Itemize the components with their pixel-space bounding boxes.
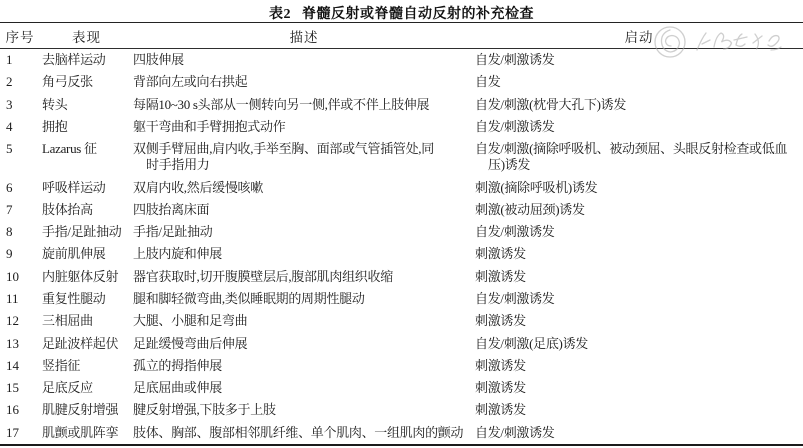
row-number-text: 15 bbox=[6, 380, 40, 396]
manifestation-cell-text: 旋前肌伸展 bbox=[42, 246, 133, 262]
description-cell: 四肢抬离床面 bbox=[133, 199, 475, 221]
description-cell: 腱反射增强,下肢多于上肢 bbox=[133, 399, 475, 421]
table-row: 7肢体抬高四肢抬离床面刺激(被动屈颈)诱发 bbox=[0, 199, 803, 221]
manifestation-cell: 足趾波样起伏 bbox=[40, 332, 133, 354]
trigger-cell: 刺激诱发 bbox=[475, 355, 803, 377]
manifestation-cell-text: 重复性腿动 bbox=[42, 291, 133, 307]
row-number: 3 bbox=[0, 94, 40, 116]
manifestation-cell: Lazarus 征 bbox=[40, 138, 133, 176]
trigger-cell: 自发/刺激诱发 bbox=[475, 49, 803, 72]
description-cell-text: 腿和脚轻微弯曲,类似睡眠期的周期性腿动 bbox=[133, 291, 475, 307]
trigger-cell-text: 刺激诱发 bbox=[475, 269, 803, 285]
row-number: 10 bbox=[0, 266, 40, 288]
description-cell: 足底屈曲或伸展 bbox=[133, 377, 475, 399]
description-cell: 腿和脚轻微弯曲,类似睡眠期的周期性腿动 bbox=[133, 288, 475, 310]
manifestation-cell: 重复性腿动 bbox=[40, 288, 133, 310]
row-number: 8 bbox=[0, 221, 40, 243]
row-number-text: 2 bbox=[6, 74, 40, 90]
table-caption: 表2脊髓反射或脊髓自动反射的补充检查 bbox=[0, 0, 803, 23]
trigger-cell: 自发/刺激(摘除呼吸机、被动颈屈、头眼反射检查或低血 压)诱发 bbox=[475, 138, 803, 176]
row-number-text: 8 bbox=[6, 224, 40, 240]
manifestation-cell-text: 手指/足趾抽动 bbox=[42, 224, 133, 240]
row-number-text: 11 bbox=[6, 291, 40, 307]
manifestation-cell: 呼吸样运动 bbox=[40, 176, 133, 198]
manifestation-cell: 肌颤或肌阵挛 bbox=[40, 422, 133, 445]
manifestation-cell: 肢体抬高 bbox=[40, 199, 133, 221]
description-cell-text: 腱反射增强,下肢多于上肢 bbox=[133, 402, 475, 418]
description-cell: 上肢内旋和伸展 bbox=[133, 243, 475, 265]
description-cell-text: 双侧手臂屈曲,肩内收,手举至胸、面部或气管插管处,同 时手指用力 bbox=[133, 141, 475, 173]
table-row: 13足趾波样起伏足趾缓慢弯曲后伸展自发/刺激(足底)诱发 bbox=[0, 332, 803, 354]
manifestation-cell: 去脑样运动 bbox=[40, 49, 133, 72]
row-number: 16 bbox=[0, 399, 40, 421]
trigger-cell-text: 刺激诱发 bbox=[475, 246, 803, 262]
col-header-trigger: 启动 bbox=[475, 23, 803, 49]
row-number-text: 6 bbox=[6, 180, 40, 196]
table-row: 1去脑样运动四肢伸展自发/刺激诱发 bbox=[0, 49, 803, 72]
description-cell: 背部向左或向右拱起 bbox=[133, 71, 475, 93]
manifestation-cell-text: 角弓反张 bbox=[42, 74, 133, 90]
trigger-cell: 刺激(被动屈颈)诱发 bbox=[475, 199, 803, 221]
row-number: 1 bbox=[0, 49, 40, 72]
table-row: 6呼吸样运动双肩内收,然后缓慢咳嗽刺激(摘除呼吸机)诱发 bbox=[0, 176, 803, 198]
trigger-cell-text: 自发/刺激诱发 bbox=[475, 291, 803, 307]
trigger-cell-text: 自发/刺激诱发 bbox=[475, 52, 803, 68]
description-cell-text: 上肢内旋和伸展 bbox=[133, 246, 475, 262]
description-cell-text: 躯干弯曲和手臂拥抱式动作 bbox=[133, 119, 475, 135]
table-caption-text: 脊髓反射或脊髓自动反射的补充检查 bbox=[302, 7, 534, 22]
description-cell: 肢体、胸部、腹部相邻肌纤维、单个肌肉、一组肌肉的颤动 bbox=[133, 422, 475, 445]
manifestation-cell-text: 去脑样运动 bbox=[42, 52, 133, 68]
row-number: 13 bbox=[0, 332, 40, 354]
trigger-cell-text: 自发/刺激诱发 bbox=[475, 425, 803, 441]
manifestation-cell-text: 足趾波样起伏 bbox=[42, 336, 133, 352]
row-number: 17 bbox=[0, 422, 40, 445]
trigger-cell: 刺激诱发 bbox=[475, 377, 803, 399]
trigger-cell-text: 刺激诱发 bbox=[475, 402, 803, 418]
row-number-text: 3 bbox=[6, 97, 40, 113]
table-row: 5Lazarus 征双侧手臂屈曲,肩内收,手举至胸、面部或气管插管处,同 时手指… bbox=[0, 138, 803, 176]
manifestation-cell: 足底反应 bbox=[40, 377, 133, 399]
manifestation-cell-text: 肌腱反射增强 bbox=[42, 402, 133, 418]
trigger-cell: 自发/刺激(枕骨大孔下)诱发 bbox=[475, 94, 803, 116]
trigger-cell-text: 刺激诱发 bbox=[475, 358, 803, 374]
row-number-text: 5 bbox=[6, 141, 40, 157]
table-row: 16肌腱反射增强腱反射增强,下肢多于上肢刺激诱发 bbox=[0, 399, 803, 421]
header-row: 序号 表现 描述 启动 bbox=[0, 23, 803, 49]
manifestation-cell: 旋前肌伸展 bbox=[40, 243, 133, 265]
trigger-cell-text: 刺激诱发 bbox=[475, 380, 803, 396]
description-cell-text: 四肢抬离床面 bbox=[133, 202, 475, 218]
reflex-table: 序号 表现 描述 启动 1去脑样运动四肢伸展自发/刺激诱发2角弓反张背部向左或向… bbox=[0, 22, 803, 446]
scanned-paper-table-page: 表2脊髓反射或脊髓自动反射的补充检查 序号 表现 描述 启动 1去脑样运动四肢伸… bbox=[0, 0, 803, 448]
table-row: 17肌颤或肌阵挛肢体、胸部、腹部相邻肌纤维、单个肌肉、一组肌肉的颤动自发/刺激诱… bbox=[0, 422, 803, 445]
table-body: 1去脑样运动四肢伸展自发/刺激诱发2角弓反张背部向左或向右拱起自发3转头每隔10… bbox=[0, 49, 803, 445]
description-cell-text: 足底屈曲或伸展 bbox=[133, 380, 475, 396]
trigger-cell-text: 自发/刺激(枕骨大孔下)诱发 bbox=[475, 97, 803, 113]
row-number: 12 bbox=[0, 310, 40, 332]
description-cell-text: 肢体、胸部、腹部相邻肌纤维、单个肌肉、一组肌肉的颤动 bbox=[133, 425, 475, 441]
row-number: 6 bbox=[0, 176, 40, 198]
manifestation-cell: 竖指征 bbox=[40, 355, 133, 377]
description-cell-text: 足趾缓慢弯曲后伸展 bbox=[133, 336, 475, 352]
trigger-cell: 自发/刺激诱发 bbox=[475, 422, 803, 445]
col-header-description: 描述 bbox=[133, 23, 475, 49]
description-cell: 器官获取时,切开腹膜壁层后,腹部肌肉组织收缩 bbox=[133, 266, 475, 288]
description-cell-text: 双肩内收,然后缓慢咳嗽 bbox=[133, 180, 475, 196]
description-cell-text: 大腿、小腿和足弯曲 bbox=[133, 313, 475, 329]
row-number-text: 12 bbox=[6, 313, 40, 329]
table-header: 序号 表现 描述 启动 bbox=[0, 23, 803, 49]
manifestation-cell-text: 拥抱 bbox=[42, 119, 133, 135]
manifestation-cell-text: 竖指征 bbox=[42, 358, 133, 374]
row-number-text: 13 bbox=[6, 336, 40, 352]
trigger-cell: 自发 bbox=[475, 71, 803, 93]
trigger-cell-text: 自发/刺激诱发 bbox=[475, 224, 803, 240]
table-row: 3转头每隔10~30 s头部从一侧转向另一侧,伴或不伴上肢伸展自发/刺激(枕骨大… bbox=[0, 94, 803, 116]
trigger-cell-text: 自发/刺激(足底)诱发 bbox=[475, 336, 803, 352]
description-cell: 双侧手臂屈曲,肩内收,手举至胸、面部或气管插管处,同 时手指用力 bbox=[133, 138, 475, 176]
row-number-text: 9 bbox=[6, 246, 40, 262]
manifestation-cell-text: 内脏躯体反射 bbox=[42, 269, 133, 285]
row-number-text: 10 bbox=[6, 269, 40, 285]
trigger-cell: 自发/刺激(足底)诱发 bbox=[475, 332, 803, 354]
table-row: 15足底反应足底屈曲或伸展刺激诱发 bbox=[0, 377, 803, 399]
manifestation-cell-text: 足底反应 bbox=[42, 380, 133, 396]
manifestation-cell-text: 三相屈曲 bbox=[42, 313, 133, 329]
trigger-cell-text: 刺激诱发 bbox=[475, 313, 803, 329]
trigger-cell: 自发/刺激诱发 bbox=[475, 116, 803, 138]
row-number: 15 bbox=[0, 377, 40, 399]
manifestation-cell-text: 转头 bbox=[42, 97, 133, 113]
table-row: 9旋前肌伸展上肢内旋和伸展刺激诱发 bbox=[0, 243, 803, 265]
trigger-cell-text: 自发/刺激诱发 bbox=[475, 119, 803, 135]
table-row: 14竖指征孤立的拇指伸展刺激诱发 bbox=[0, 355, 803, 377]
table-row: 4拥抱躯干弯曲和手臂拥抱式动作自发/刺激诱发 bbox=[0, 116, 803, 138]
trigger-cell-text: 自发 bbox=[475, 74, 803, 90]
trigger-cell: 刺激(摘除呼吸机)诱发 bbox=[475, 176, 803, 198]
row-number-text: 16 bbox=[6, 402, 40, 418]
col-header-number: 序号 bbox=[0, 23, 40, 49]
description-cell-text: 手指/足趾抽动 bbox=[133, 224, 475, 240]
trigger-cell-text: 刺激(摘除呼吸机)诱发 bbox=[475, 180, 803, 196]
row-number-text: 4 bbox=[6, 119, 40, 135]
trigger-cell: 刺激诱发 bbox=[475, 266, 803, 288]
trigger-cell: 刺激诱发 bbox=[475, 243, 803, 265]
description-cell: 孤立的拇指伸展 bbox=[133, 355, 475, 377]
trigger-cell: 自发/刺激诱发 bbox=[475, 288, 803, 310]
row-number: 9 bbox=[0, 243, 40, 265]
row-number: 11 bbox=[0, 288, 40, 310]
manifestation-cell: 三相屈曲 bbox=[40, 310, 133, 332]
description-cell: 躯干弯曲和手臂拥抱式动作 bbox=[133, 116, 475, 138]
description-cell: 每隔10~30 s头部从一侧转向另一侧,伴或不伴上肢伸展 bbox=[133, 94, 475, 116]
table-number: 表2 bbox=[269, 7, 291, 22]
manifestation-cell-text: 呼吸样运动 bbox=[42, 180, 133, 196]
manifestation-cell: 转头 bbox=[40, 94, 133, 116]
description-cell: 四肢伸展 bbox=[133, 49, 475, 72]
manifestation-cell-text: 肢体抬高 bbox=[42, 202, 133, 218]
trigger-cell-text: 自发/刺激(摘除呼吸机、被动颈屈、头眼反射检查或低血 压)诱发 bbox=[475, 141, 803, 173]
row-number: 7 bbox=[0, 199, 40, 221]
manifestation-cell: 拥抱 bbox=[40, 116, 133, 138]
description-cell-text: 背部向左或向右拱起 bbox=[133, 74, 475, 90]
description-cell: 手指/足趾抽动 bbox=[133, 221, 475, 243]
table-row: 8手指/足趾抽动手指/足趾抽动自发/刺激诱发 bbox=[0, 221, 803, 243]
row-number: 4 bbox=[0, 116, 40, 138]
trigger-cell: 自发/刺激诱发 bbox=[475, 221, 803, 243]
trigger-cell: 刺激诱发 bbox=[475, 399, 803, 421]
description-cell-text: 四肢伸展 bbox=[133, 52, 475, 68]
row-number-text: 14 bbox=[6, 358, 40, 374]
description-cell: 大腿、小腿和足弯曲 bbox=[133, 310, 475, 332]
manifestation-cell: 角弓反张 bbox=[40, 71, 133, 93]
description-cell: 双肩内收,然后缓慢咳嗽 bbox=[133, 176, 475, 198]
manifestation-cell: 手指/足趾抽动 bbox=[40, 221, 133, 243]
row-number: 2 bbox=[0, 71, 40, 93]
col-header-manifestation: 表现 bbox=[40, 23, 133, 49]
table-row: 10内脏躯体反射器官获取时,切开腹膜壁层后,腹部肌肉组织收缩刺激诱发 bbox=[0, 266, 803, 288]
manifestation-cell: 内脏躯体反射 bbox=[40, 266, 133, 288]
row-number: 5 bbox=[0, 138, 40, 176]
description-cell-text: 孤立的拇指伸展 bbox=[133, 358, 475, 374]
manifestation-cell-text: Lazarus 征 bbox=[42, 141, 133, 157]
trigger-cell: 刺激诱发 bbox=[475, 310, 803, 332]
table-row: 11重复性腿动腿和脚轻微弯曲,类似睡眠期的周期性腿动自发/刺激诱发 bbox=[0, 288, 803, 310]
description-cell: 足趾缓慢弯曲后伸展 bbox=[133, 332, 475, 354]
row-number: 14 bbox=[0, 355, 40, 377]
description-cell-text: 每隔10~30 s头部从一侧转向另一侧,伴或不伴上肢伸展 bbox=[133, 97, 475, 113]
row-number-text: 7 bbox=[6, 202, 40, 218]
table-row: 2角弓反张背部向左或向右拱起自发 bbox=[0, 71, 803, 93]
manifestation-cell: 肌腱反射增强 bbox=[40, 399, 133, 421]
description-cell-text: 器官获取时,切开腹膜壁层后,腹部肌肉组织收缩 bbox=[133, 269, 475, 285]
table-row: 12三相屈曲大腿、小腿和足弯曲刺激诱发 bbox=[0, 310, 803, 332]
row-number-text: 1 bbox=[6, 52, 40, 68]
manifestation-cell-text: 肌颤或肌阵挛 bbox=[42, 425, 133, 441]
trigger-cell-text: 刺激(被动屈颈)诱发 bbox=[475, 202, 803, 218]
row-number-text: 17 bbox=[6, 425, 40, 441]
